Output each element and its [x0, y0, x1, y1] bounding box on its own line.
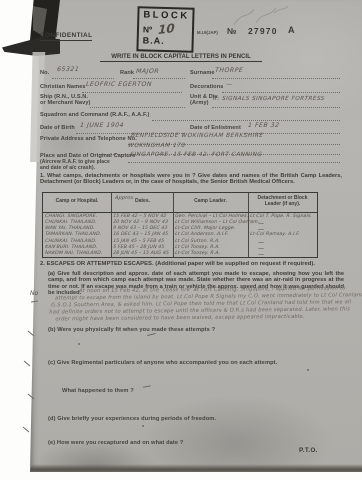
block-stamp: BLOCK Nº10 B.A. [136, 6, 194, 53]
leader-cell: Lt Col Sutton. R.A. [175, 239, 220, 244]
squadron-label: Squadron and Command (R.A.F., A.A.F.) [40, 112, 149, 118]
enlistment-value: 1 FEB 32 [248, 122, 280, 129]
camp-cell: CHUNKAI. THAILAND. [45, 220, 97, 225]
pencil-mark [23, 427, 30, 433]
rank-label: Rank [120, 70, 134, 76]
question-c: (c) Give Regimental particulars of anyon… [48, 360, 277, 366]
table-row: NAKOM NAI. THAILAND. 28 JUN 45 – 15 AUG … [43, 251, 317, 257]
camp-cell: NAKOM NAI. THAILAND. [45, 251, 103, 256]
form-reference: M.I.9(JAP) [197, 30, 218, 35]
pencil-mark [142, 425, 144, 427]
no-value: 65321 [57, 66, 80, 73]
surname-label: Surname [190, 70, 215, 76]
surname-field [212, 77, 340, 79]
dates-cell: 9 NOV 43 – 15 DEC 43 [113, 226, 168, 231]
dob-label: Date of Birth [40, 125, 75, 131]
dates-cell: 15 JAN 45 – 5 FEB 45 [113, 239, 165, 244]
section1-question: 1. What camps, detachments or hospitals … [40, 173, 342, 186]
confidential-label: CONFIDENTIAL [40, 32, 92, 41]
dates-cell: 15 FEB 42 – 5 NOV 42 [113, 214, 167, 219]
pto-label: P.T.O. [299, 447, 318, 454]
christian-names-field [82, 91, 182, 93]
dates-cell: 20 NOV 42 – 9 NOV 43 [113, 220, 168, 225]
question-d: (d) Give briefly your experiences during… [48, 416, 216, 422]
leader-cell: Gen. Percival – Lt Col Holmes. [175, 214, 249, 219]
leader-cell: Lt-Col Clift. Major Legge. [175, 226, 236, 231]
rank-field [133, 77, 185, 79]
camps-table: Camp or Hospital. Approx Dates. Camp Lea… [42, 192, 318, 258]
leader-cell: Lt Col Williamson – Lt Col Owtram. [175, 220, 260, 225]
dates-cell: 28 JUN 45 – 15 AUG 45 [113, 251, 169, 256]
capture-field [128, 161, 340, 163]
stamp-no-label: Nº [143, 24, 153, 34]
decorations-field [222, 91, 340, 93]
unit-field [212, 106, 340, 108]
stamp-handwritten-number: 10 [158, 21, 175, 37]
christian-names-label: Christian Names [40, 84, 86, 90]
address-label: Private Address and Telephone No. [40, 136, 137, 142]
leader-cell: Lt Col Toosey. R.A. [175, 245, 221, 250]
leader-cell: Lt Col Anderson. A.I.F. [175, 232, 229, 237]
unit-value: R. SIGNALS SINGAPORE FORTRESS [213, 96, 325, 102]
section2-heading: 2. ESCAPES OR ATTEMPTED ESCAPES. (Additi… [40, 261, 342, 267]
col-header-leader: Camp Leader. [173, 199, 248, 205]
pencil-mark [78, 343, 80, 345]
address-value: BENFIELDSIDE WOKINGHAM BERKSHIRE [131, 133, 264, 139]
scanned-pow-questionnaire: CONFIDENTIAL BLOCK Nº10 B.A. M.I.9(JAP) … [0, 0, 362, 480]
dob-value: 1 JUNE 1904 [80, 122, 125, 129]
surname-value: THORPE [215, 67, 244, 74]
christian-names-value: LEOFRIC EGERTON [86, 81, 153, 88]
decorations-label: Decorations [190, 84, 223, 90]
capture-value: SINGAPORE. 15 FEB 42. FORT CANNING [130, 152, 263, 158]
address-value-2: WOKINGHAM 170 [128, 143, 186, 149]
capture-label-3: and date of a/c crash). [40, 165, 95, 171]
dates-cell: 16 DEC 43 – 15 JAN 45 [113, 232, 169, 237]
dates-cell: 5 FEB 45 – 28 JUN 45 [113, 245, 165, 250]
no-label: No. [40, 70, 49, 76]
stamp-ba-text: B.A. [143, 35, 188, 46]
col-header-camp: Camp or Hospital. [43, 199, 111, 205]
camp-cell: KAN'BURI. THAILAND. [45, 245, 98, 250]
leader-cell: Lt-Col Toosey. R.A. [175, 251, 221, 256]
margin-answer-no: No [30, 290, 38, 297]
camp-cell: CHUNKAI. THAILAND. [45, 239, 97, 244]
block-cell: Lt-Col Ramsay. A.I.F. [250, 232, 300, 237]
block-cell: — [258, 251, 265, 258]
camp-cell: WAN YAI. THAILAND. [45, 226, 95, 231]
serial-no-symbol: № [227, 26, 236, 36]
page-bottom-shadow [28, 464, 362, 472]
page-title: WRITE IN BLOCK CAPITAL LETTERS IN PENCIL [100, 53, 262, 62]
block-cell: Lt Col T. Pope. R. Signals. [250, 214, 312, 219]
serial-number: 27970 [248, 26, 278, 36]
unit-label-2: (Army) [190, 100, 209, 106]
decorations-value: — [226, 81, 233, 88]
stamp-number-line: Nº10 [143, 21, 188, 36]
ship-field [90, 106, 185, 108]
squadron-field [152, 119, 340, 121]
col-header-approx-handwritten: Approx [115, 195, 134, 201]
enlistment-label: Date of Enlistment [190, 125, 241, 131]
col-header-block-2: Leader (if any). [248, 202, 317, 208]
rank-value: MAJOR [136, 68, 160, 75]
serial-suffix: A [288, 25, 295, 35]
camp-cell: CHANGI. SINGAPORE. [45, 214, 98, 219]
camp-cell: TAMARKAN. THAILAND. [45, 232, 102, 237]
question-e: (e) How were you recaptured and on what … [48, 440, 183, 446]
stamp-block-text: BLOCK [143, 9, 188, 21]
ship-label-2: or Merchant Navy) [40, 100, 91, 106]
question-b: (b) Were you physically fit when you mad… [48, 327, 215, 333]
pencil-mark [307, 369, 309, 371]
col-header-dates: Dates. [135, 199, 165, 205]
pencil-mark [24, 361, 31, 367]
question-c2: What happened to them ? [62, 388, 134, 394]
no-field [52, 77, 114, 79]
